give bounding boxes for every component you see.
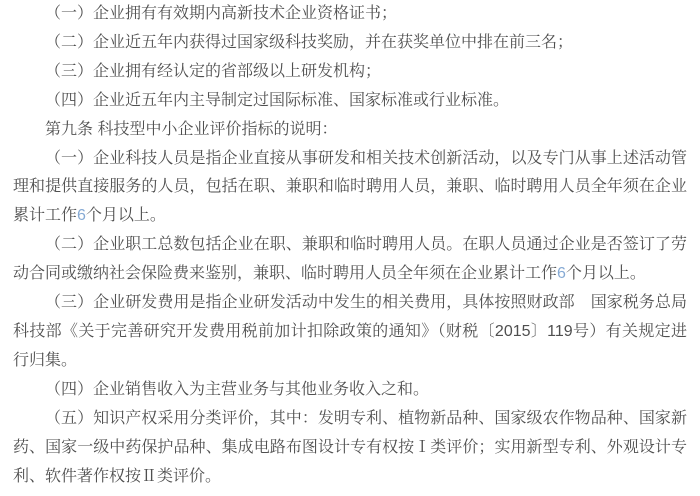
- text-run: （二）企业近五年内获得过国家级科技奖励，并在获奖单位中排在前三名；: [45, 34, 573, 51]
- text-run: （三）企业拥有经认定的省部级以上研发机构；: [45, 63, 381, 80]
- article-9-item-5: （五）知识产权采用分类评价，其中：发明专利、植物新品种、国家级农作物品种、国家新…: [13, 405, 687, 492]
- text-run: （三）企业研发费用是指企业研发活动中发生的相关费用，具体按照财政部 国家税务总局…: [13, 294, 687, 369]
- highlighted-number: 6: [77, 207, 86, 224]
- document-page: （一）企业拥有有效期内高新技术企业资格证书；（二）企业近五年内获得过国家级科技奖…: [0, 0, 700, 496]
- condition-item-3: （三）企业拥有经认定的省部级以上研发机构；: [13, 58, 687, 87]
- text-run: （一）企业拥有有效期内高新技术企业资格证书；: [45, 5, 397, 22]
- text-run: 个月以上。: [566, 265, 646, 282]
- article-9-item-4: （四）企业销售收入为主营业务与其他业务收入之和。: [13, 376, 687, 405]
- text-run: 个月以上。: [86, 207, 166, 224]
- text-run: （四）企业销售收入为主营业务与其他业务收入之和。: [45, 381, 429, 398]
- article-9-heading: 第九条 科技型中小企业评价指标的说明：: [13, 116, 687, 145]
- article-9-item-2: （二）企业职工总数包括企业在职、兼职和临时聘用人员。在职人员通过企业是否签订了劳…: [13, 231, 687, 289]
- condition-item-2: （二）企业近五年内获得过国家级科技奖励，并在获奖单位中排在前三名；: [13, 29, 687, 58]
- highlighted-number: 6: [557, 265, 566, 282]
- document-body: （一）企业拥有有效期内高新技术企业资格证书；（二）企业近五年内获得过国家级科技奖…: [13, 0, 687, 491]
- article-9-item-3: （三）企业研发费用是指企业研发活动中发生的相关费用，具体按照财政部 国家税务总局…: [13, 289, 687, 376]
- article-9-item-1: （一）企业科技人员是指企业直接从事研发和相关技术创新活动，以及专门从事上述活动管…: [13, 145, 687, 232]
- text-run: 第九条 科技型中小企业评价指标的说明：: [45, 121, 337, 138]
- text-run: （四）企业近五年内主导制定过国际标准、国家标准或行业标准。: [45, 92, 509, 109]
- condition-item-1: （一）企业拥有有效期内高新技术企业资格证书；: [13, 0, 687, 29]
- condition-item-4: （四）企业近五年内主导制定过国际标准、国家标准或行业标准。: [13, 87, 687, 116]
- text-run: （五）知识产权采用分类评价，其中：发明专利、植物新品种、国家级农作物品种、国家新…: [13, 410, 687, 485]
